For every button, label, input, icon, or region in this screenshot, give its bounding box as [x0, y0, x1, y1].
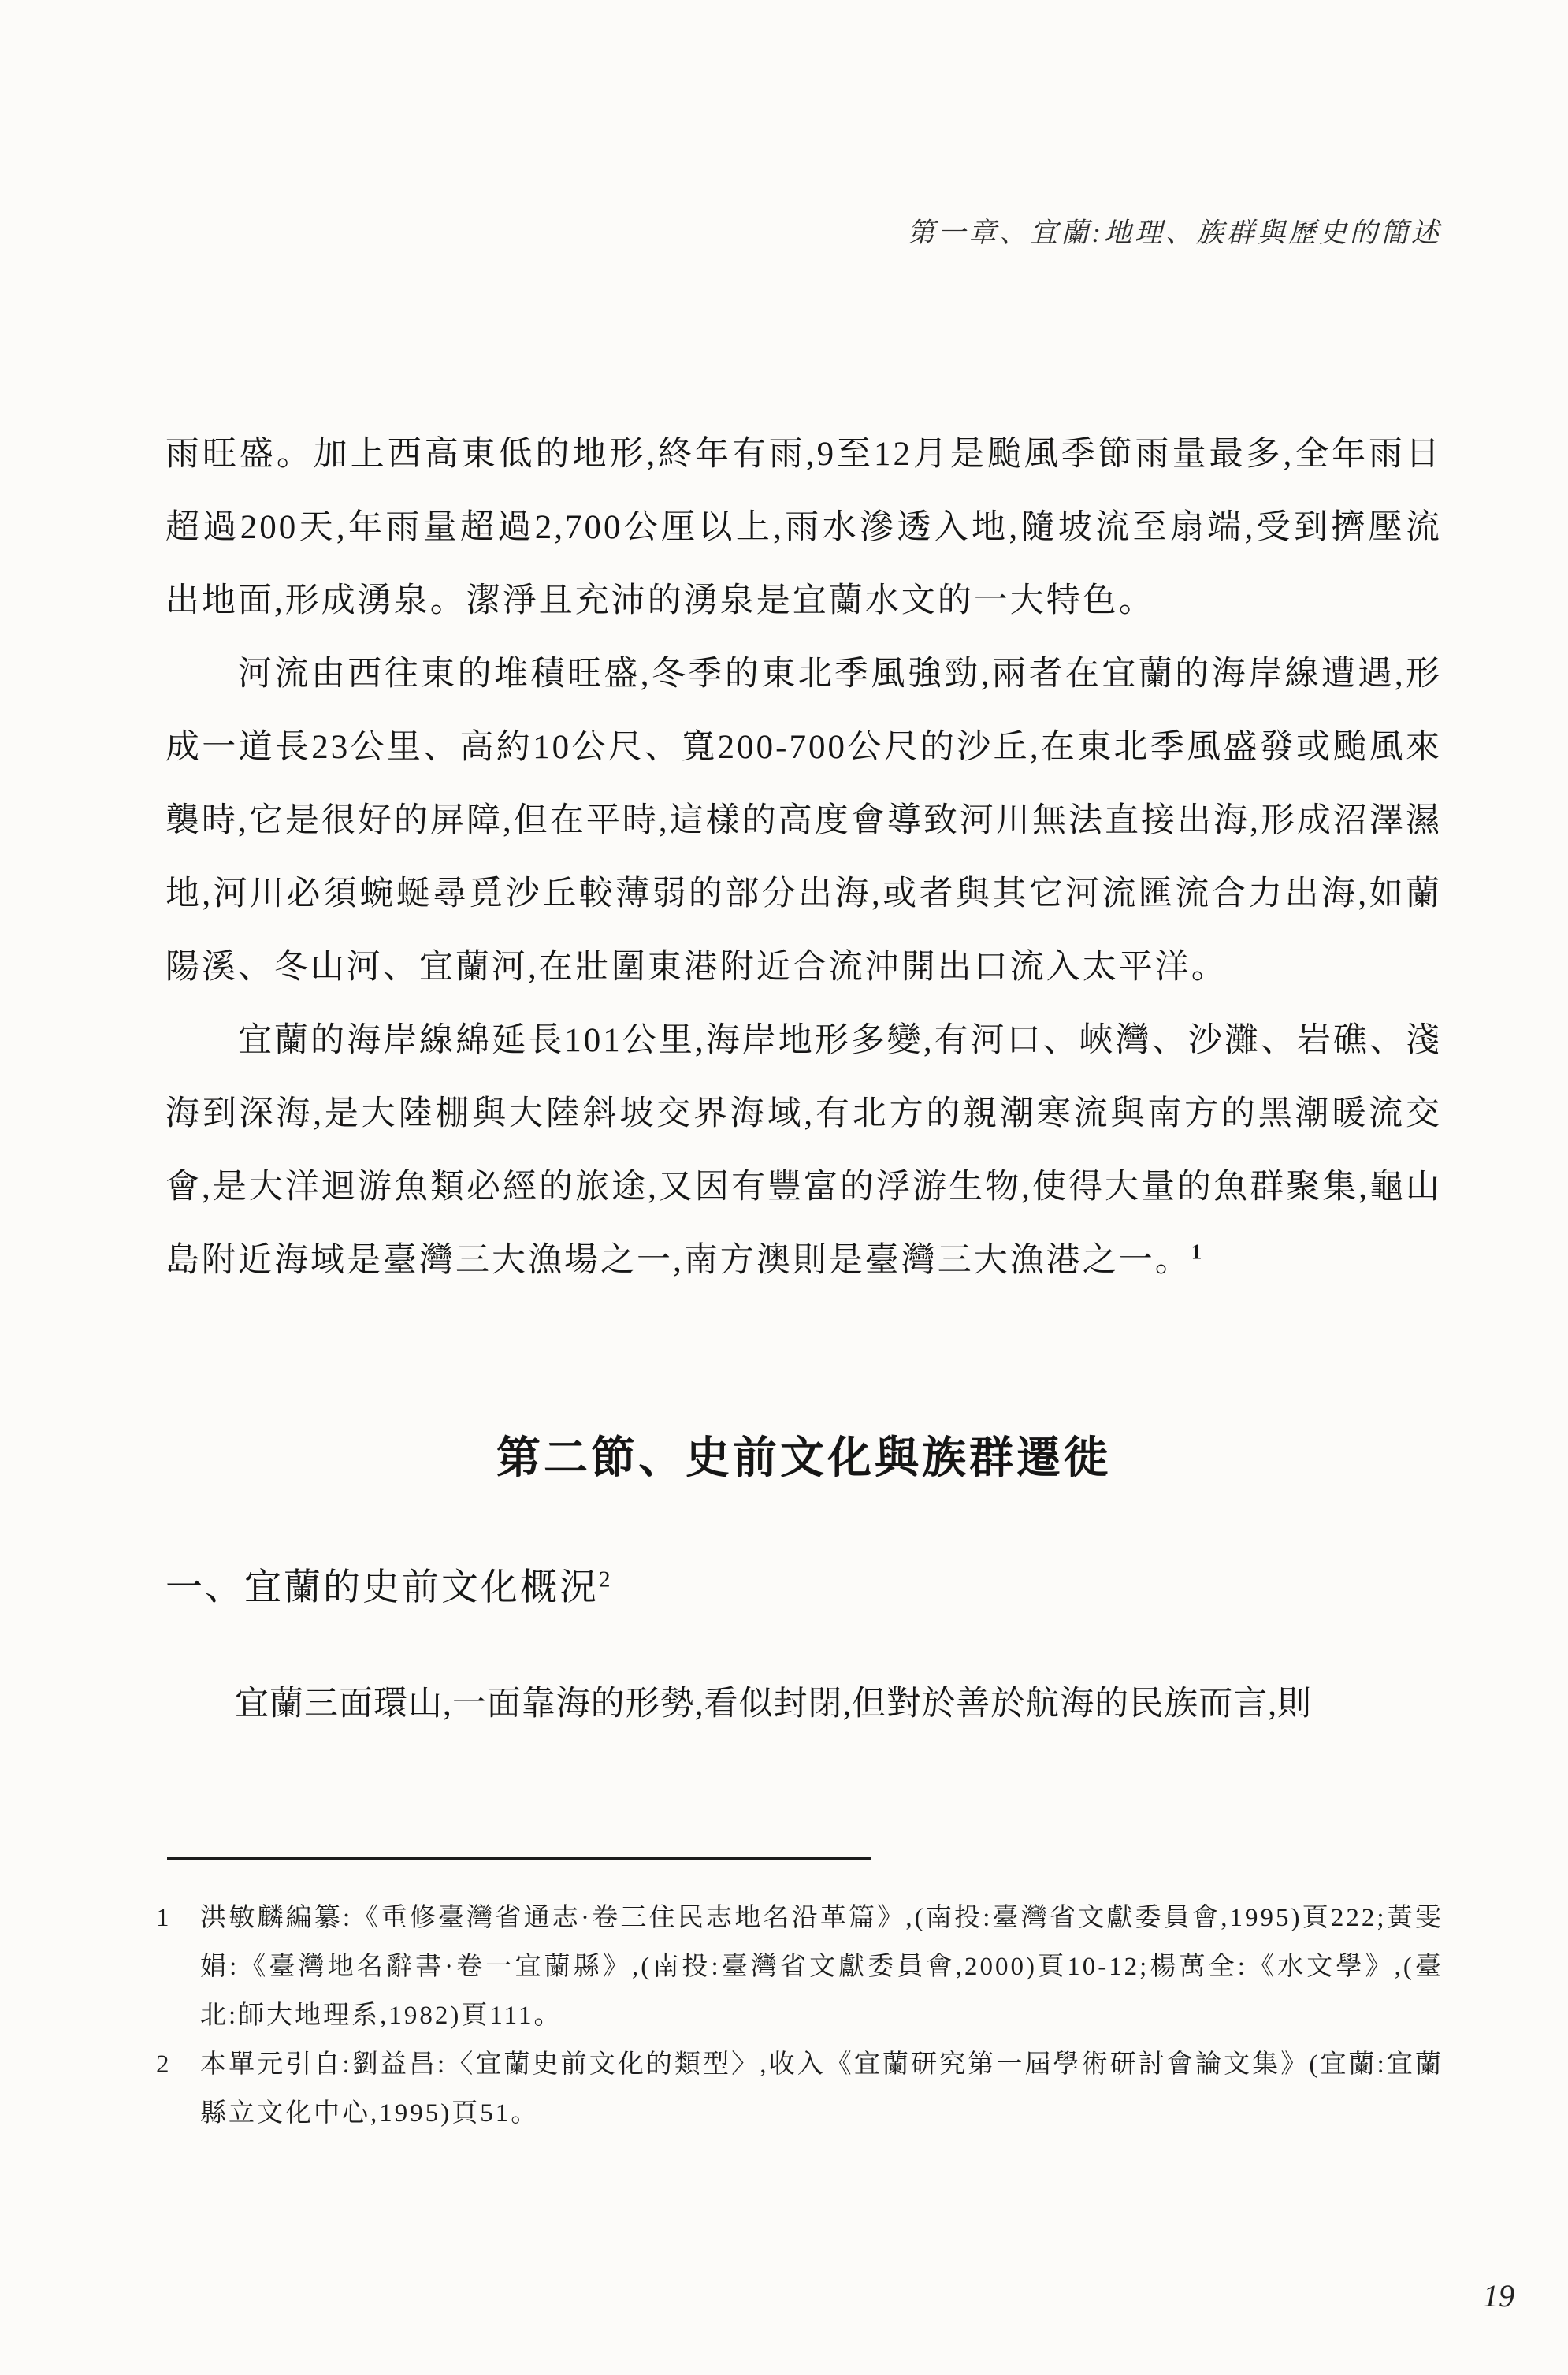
paragraph-text: 宜蘭三面環山,一面靠海的形勢,看似封閉,但對於善於航海的民族而言,則 [235, 1686, 1312, 1723]
footnote-item-2: 2本單元引自:劉益昌:〈宜蘭史前文化的類型〉,收入《宜蘭研究第一屆學術研討會論文… [154, 2040, 1444, 2138]
document-page: 第一章、宜蘭:地理、族群與歷史的簡述 雨旺盛。加上西高東低的地形,終年有雨,9至… [0, 0, 1568, 2375]
footnotes-section: 1洪敏麟編纂:《重修臺灣省通志·卷三住民志地名沿革篇》,(南投:臺灣省文獻委員會… [154, 1894, 1444, 2138]
running-header: 第一章、宜蘭:地理、族群與歷史的簡述 [907, 211, 1442, 251]
paragraph-text: 雨旺盛。加上西高東低的地形,終年有雨,9至12月是颱風季節雨量最多,全年雨日超過… [165, 436, 1442, 619]
page-body: 雨旺盛。加上西高東低的地形,終年有雨,9至12月是颱風季節雨量最多,全年雨日超過… [165, 418, 1442, 1741]
section-title: 第二節、史前文化與族群遷徙 [165, 1431, 1442, 1486]
page-number: 19 [1483, 2277, 1514, 2314]
body-paragraph-2: 河流由西往東的堆積旺盛,冬季的東北季風強勁,兩者在宜蘭的海岸線遭遇,形成一道長2… [165, 637, 1442, 1004]
footnote-text: 本單元引自:劉益昌:〈宜蘭史前文化的類型〉,收入《宜蘭研究第一屆學術研討會論文集… [200, 2050, 1444, 2128]
paragraph-text: 宜蘭的海岸線綿延長101公里,海岸地形多變,有河口、峽灣、沙灘、岩礁、淺海到深海… [165, 1022, 1442, 1279]
footnote-item-1: 1洪敏麟編纂:《重修臺灣省通志·卷三住民志地名沿革篇》,(南投:臺灣省文獻委員會… [154, 1894, 1444, 2040]
footnote-ref-1: 1 [1191, 1240, 1202, 1264]
subsection-title-text: 一、宜蘭的史前文化概況 [165, 1567, 599, 1608]
paragraph-text: 河流由西往東的堆積旺盛,冬季的東北季風強勁,兩者在宜蘭的海岸線遭遇,形成一道長2… [165, 656, 1442, 986]
footnote-ref-2: 2 [599, 1567, 611, 1592]
body-paragraph-3: 宜蘭的海岸線綿延長101公里,海岸地形多變,有河口、峽灣、沙灘、岩礁、淺海到深海… [165, 1004, 1442, 1297]
body-paragraph-1: 雨旺盛。加上西高東低的地形,終年有雨,9至12月是颱風季節雨量最多,全年雨日超過… [165, 418, 1442, 637]
subsection-title: 一、宜蘭的史前文化概況2 [165, 1563, 1442, 1612]
footnote-separator [167, 1857, 871, 1860]
intro-paragraph: 宜蘭三面環山,一面靠海的形勢,看似封閉,但對於善於航海的民族而言,則 [165, 1667, 1442, 1741]
footnote-number: 1 [156, 1894, 169, 1942]
footnote-number: 2 [156, 2040, 169, 2089]
footnote-text: 洪敏麟編纂:《重修臺灣省通志·卷三住民志地名沿革篇》,(南投:臺灣省文獻委員會,… [200, 1904, 1444, 2030]
